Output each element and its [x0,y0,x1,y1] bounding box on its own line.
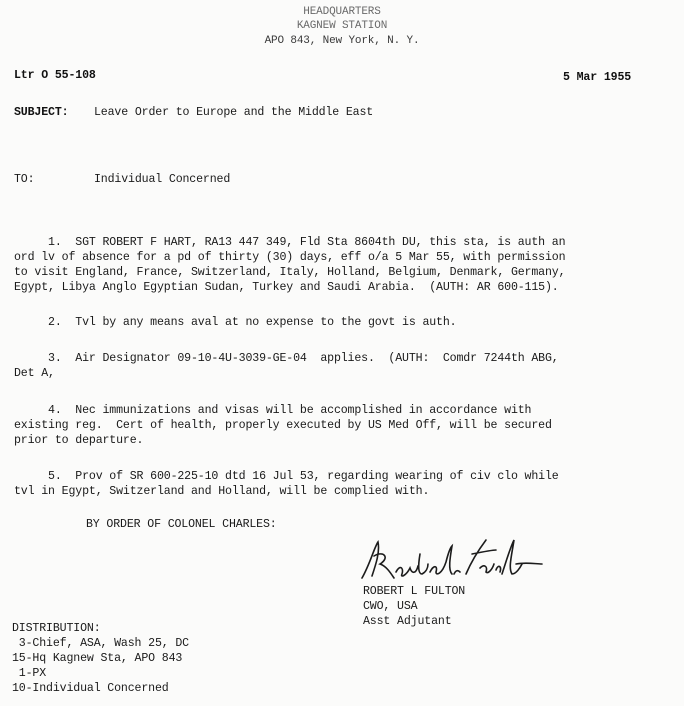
paragraph-line: tvl in Egypt, Switzerland and Holland, w… [14,485,429,499]
distribution-label: DISTRIBUTION: [12,622,101,636]
paragraph-line: ord lv of absence for a pd of thirty (30… [14,251,565,265]
letterhead-line-2: KAGNEW STATION [0,20,684,33]
paragraph-line: 1. SGT ROBERT F HART, RA13 447 349, Fld … [14,236,565,250]
handwritten-signature [356,534,546,584]
paragraph-line: existing reg. Cert of health, properly e… [14,419,552,433]
distribution-item: 1-PX [12,667,46,681]
signature-icon [356,534,546,584]
distribution-item: 10-Individual Concerned [12,682,169,696]
subject-text: Leave Order to Europe and the Middle Eas… [94,106,373,120]
subject-label: SUBJECT: [14,106,68,120]
signer-name: ROBERT L FULTON [363,585,465,599]
paragraph-line: 5. Prov of SR 600-225-10 dtd 16 Jul 53, … [14,470,559,484]
to-text: Individual Concerned [94,173,230,187]
signer-title: Asst Adjutant [363,615,452,629]
paragraph-line: prior to departure. [14,434,143,448]
paragraph-line: 2. Tvl by any means aval at no expense t… [14,316,456,330]
paragraph-line: to visit England, France, Switzerland, I… [14,266,565,280]
paragraph-line: 4. Nec immunizations and visas will be a… [14,404,531,418]
distribution-item: 15-Hq Kagnew Sta, APO 843 [12,652,182,666]
signer-rank: CWO, USA [363,600,417,614]
letterhead-line-3: APO 843, New York, N. Y. [0,35,684,48]
document-date: 5 Mar 1955 [563,71,631,85]
letterhead-line-1: HEADQUARTERS [0,6,684,19]
paragraph-line: Det A, [14,367,55,381]
reference-number: Ltr O 55-108 [14,69,96,83]
distribution-item: 3-Chief, ASA, Wash 25, DC [12,637,189,651]
leave-order-document: HEADQUARTERS KAGNEW STATION APO 843, New… [0,0,684,706]
to-label: TO: [14,173,34,187]
paragraph-line: 3. Air Designator 09-10-4U-3039-GE-04 ap… [14,352,559,366]
authority-line: BY ORDER OF COLONEL CHARLES: [86,518,277,532]
paragraph-line: Egypt, Libya Anglo Egyptian Sudan, Turke… [14,281,559,295]
